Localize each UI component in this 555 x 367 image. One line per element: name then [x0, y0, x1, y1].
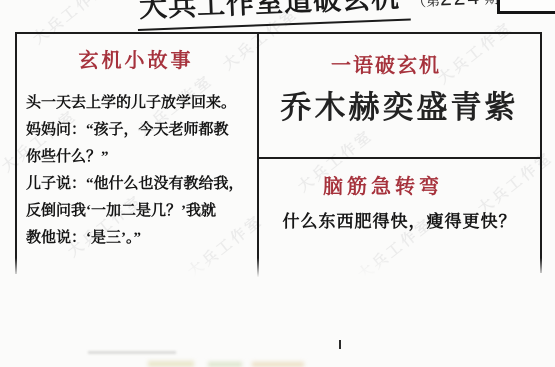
story-line: 反倒问我‘一加二是几？’我就: [26, 198, 256, 225]
scan-artifact: [148, 361, 194, 367]
scan-artifact: [88, 351, 176, 354]
story-line: 头一天去上学的儿子放学回来。: [26, 90, 256, 117]
story-line: 你些什么？”: [26, 144, 256, 171]
cutoff-box-artifact: [497, 0, 555, 14]
frame-right-border: [540, 32, 542, 273]
mystery-panel-header: 一语破玄机: [331, 49, 441, 78]
ink-mark-artifact: [339, 340, 341, 349]
story-line: 教他说：‘是三’。”: [26, 225, 256, 252]
scan-fade: [0, 258, 555, 284]
frame-top-border: [15, 32, 542, 34]
issue-number: 224: [440, 0, 482, 10]
watermark-text: 大兵工作室: [433, 17, 517, 89]
story-line: 儿子说：“他什么也没有教给我，: [26, 171, 256, 198]
story-text-block: 头一天去上学的儿子放学回来。 妈妈问：“孩子，今天老师都教 你些什么？” 儿子说…: [26, 90, 256, 252]
tip-sheet-page: 大兵工作室 大兵工作室 大兵工作室 大兵工作室 大兵工作室 大兵工作室 大兵工作…: [0, 0, 555, 367]
column-divider: [257, 32, 259, 277]
watermark-text: 大兵工作室: [28, 0, 112, 48]
issue-prefix: （第: [412, 0, 441, 10]
masthead: 大兵工作室道破玄机（第224 期）: [136, 0, 513, 31]
mystery-phrase: 乔木赫奕盛青紫: [259, 82, 540, 127]
story-line: 妈妈问：“孩子，今天老师都教: [26, 117, 256, 144]
right-panel-divider: [257, 157, 542, 159]
riddle-question: 什么东西肥得快，瘦得更快？: [259, 207, 540, 232]
scan-artifact: [208, 362, 242, 367]
scan-artifact: [252, 362, 304, 367]
riddle-panel-header: 脑筋急转弯: [323, 170, 443, 199]
story-panel-header: 玄机小故事: [15, 44, 257, 73]
